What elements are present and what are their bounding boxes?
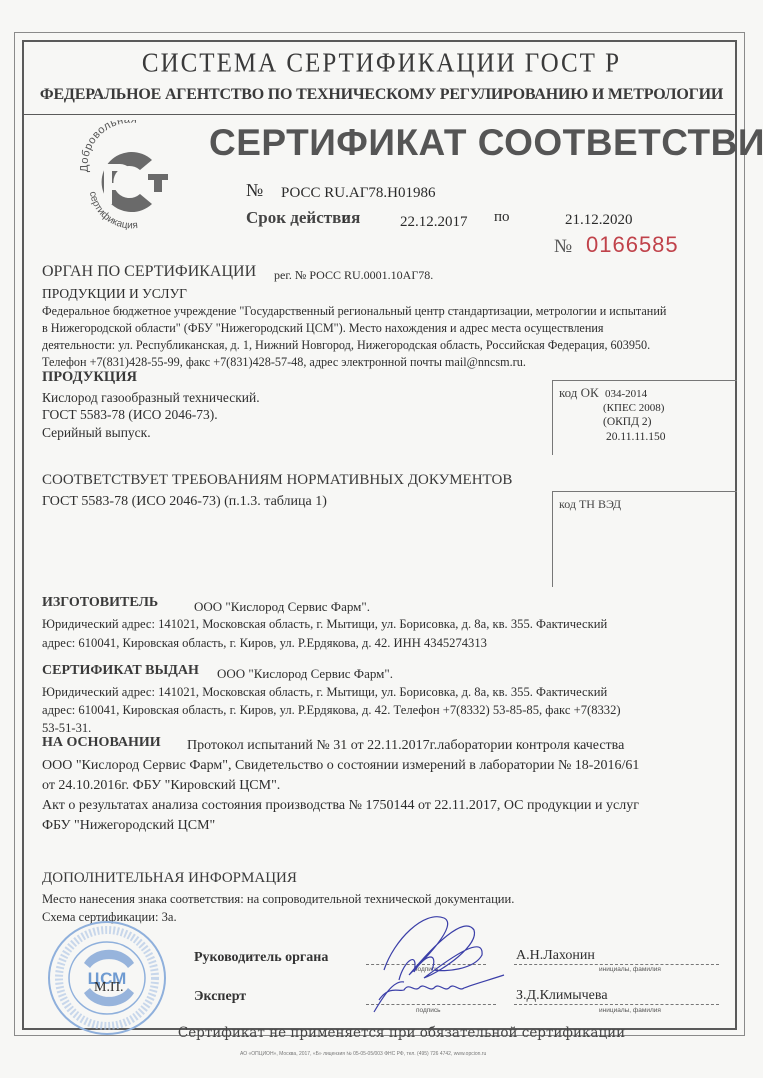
date-from: 22.12.2017 bbox=[400, 214, 468, 231]
issued-to-name: ООО "Кислород Сервис Фарм". bbox=[217, 666, 393, 682]
issued-to-address-line: 53-51-31. bbox=[42, 721, 91, 736]
ok-code-value: 034-2014 bbox=[605, 388, 647, 400]
cert-body-line: Телефон +7(831)428-55-99, факс +7(831)42… bbox=[42, 355, 526, 370]
manufacturer-address-line: Юридический адрес: 141021, Московская об… bbox=[42, 617, 607, 632]
tnved-code-box: код ТН ВЭД bbox=[552, 491, 737, 587]
basis-heading: НА ОСНОВАНИИ bbox=[42, 735, 161, 751]
validity-from-label: с bbox=[342, 210, 349, 228]
ok-code-label: код ОК bbox=[559, 385, 599, 401]
handwritten-signatures bbox=[364, 900, 514, 1015]
basis-line: Акт о результатах анализа состояния прои… bbox=[42, 798, 639, 814]
cert-body-line: деятельности: ул. Республиканская, д. 1,… bbox=[42, 338, 650, 353]
agency-heading: ФЕДЕРАЛЬНОЕ АГЕНТСТВО ПО ТЕХНИЧЕСКОМУ РЕ… bbox=[24, 86, 739, 104]
cert-body-heading-2: ПРОДУКЦИИ И УСЛУГ bbox=[42, 286, 187, 302]
product-line: Кислород газообразный технический. bbox=[42, 390, 260, 406]
voluntary-note: Сертификат не применяется при обязательн… bbox=[64, 1025, 739, 1041]
product-line: ГОСТ 5583-78 (ИСО 2046-73). bbox=[42, 407, 218, 423]
seal-stamp: ЦСМ bbox=[44, 918, 170, 1038]
name-caption: инициалы, фамилия bbox=[599, 966, 661, 973]
tnved-code-label: код ТН ВЭД bbox=[559, 497, 621, 512]
cert-body-reg-number: рег. № РОСС RU.0001.10АГ78. bbox=[274, 268, 433, 283]
system-heading: СИСТЕМА СЕРТИФИКАЦИИ ГОСТ Р bbox=[24, 49, 739, 80]
additional-info-heading: ДОПОЛНИТЕЛЬНАЯ ИНФОРМАЦИЯ bbox=[42, 870, 297, 887]
issued-to-address-line: Юридический адрес: 141021, Московская об… bbox=[42, 685, 607, 700]
basis-line: ФБУ "Нижегородский ЦСМ" bbox=[42, 818, 215, 834]
blank-serial-number: 0166585 bbox=[586, 232, 679, 258]
blank-number-sign: № bbox=[554, 236, 572, 258]
cert-body-heading: ОРГАН ПО СЕРТИФИКАЦИИ bbox=[42, 263, 256, 281]
validity-to-label: по bbox=[494, 209, 510, 226]
voluntary-certification-logo: Добровольная сертификация bbox=[74, 120, 184, 232]
manufacturer-name: ООО "Кислород Сервис Фарм". bbox=[194, 599, 370, 615]
ok-code-value: 20.11.11.150 bbox=[606, 431, 666, 443]
compliance-standard: ГОСТ 5583-78 (ИСО 2046-73) (п.1.3. табли… bbox=[42, 494, 327, 510]
product-line: Серийный выпуск. bbox=[42, 425, 151, 441]
ok-code-box: код ОК 034-2014 (КПЕС 2008) (ОКПД 2) 20.… bbox=[552, 380, 737, 455]
certificate-number: РОСС RU.АГ78.Н01986 bbox=[281, 185, 435, 202]
header-divider bbox=[24, 114, 735, 115]
date-to: 21.12.2020 bbox=[565, 212, 633, 229]
compliance-heading: СООТВЕТСТВУЕТ ТРЕБОВАНИЯМ НОРМАТИВНЫХ ДО… bbox=[42, 472, 512, 489]
ok-code-value: (КПЕС 2008) bbox=[603, 402, 664, 414]
head-of-body-label: Руководитель органа bbox=[194, 950, 328, 966]
head-name-line bbox=[514, 964, 719, 965]
ok-code-value: (ОКПД 2) bbox=[603, 416, 651, 428]
expert-label: Эксперт bbox=[194, 989, 246, 1005]
basis-first-line: Протокол испытаний № 31 от 22.11.2017г.л… bbox=[187, 738, 624, 754]
certificate-title: СЕРТИФИКАТ СООТВЕТСТВИЯ bbox=[209, 122, 763, 164]
head-name: А.Н.Лахонин bbox=[516, 948, 595, 964]
printer-info: АО «ОПЦИОН», Москва, 2017, «Б» лицензия … bbox=[240, 1051, 486, 1057]
number-sign: № bbox=[246, 180, 263, 201]
issued-to-heading: СЕРТИФИКАТ ВЫДАН bbox=[42, 663, 199, 679]
cert-body-line: Федеральное бюджетное учреждение "Госуда… bbox=[42, 304, 666, 319]
issued-to-address-line: адрес: 610041, Кировская область, г. Кир… bbox=[42, 703, 621, 718]
product-heading: ПРОДУКЦИЯ bbox=[42, 369, 137, 386]
basis-line: от 24.10.2016г. ФБУ "Кировский ЦСМ". bbox=[42, 778, 280, 794]
expert-name: З.Д.Климычева bbox=[516, 988, 608, 1004]
manufacturer-address-line: адрес: 610041, Кировская область, г. Кир… bbox=[42, 636, 487, 651]
name-caption: инициалы, фамилия bbox=[599, 1007, 661, 1014]
certificate-frame: СИСТЕМА СЕРТИФИКАЦИИ ГОСТ Р ФЕДЕРАЛЬНОЕ … bbox=[22, 40, 737, 1030]
cert-body-line: в Нижегородской области" (ФБУ "Нижегород… bbox=[42, 321, 604, 336]
basis-line: ООО "Кислород Сервис Фарм", Свидетельств… bbox=[42, 758, 639, 774]
expert-name-line bbox=[514, 1004, 719, 1005]
manufacturer-heading: ИЗГОТОВИТЕЛЬ bbox=[42, 595, 158, 611]
stamp-place-label: М.П. bbox=[94, 980, 124, 996]
